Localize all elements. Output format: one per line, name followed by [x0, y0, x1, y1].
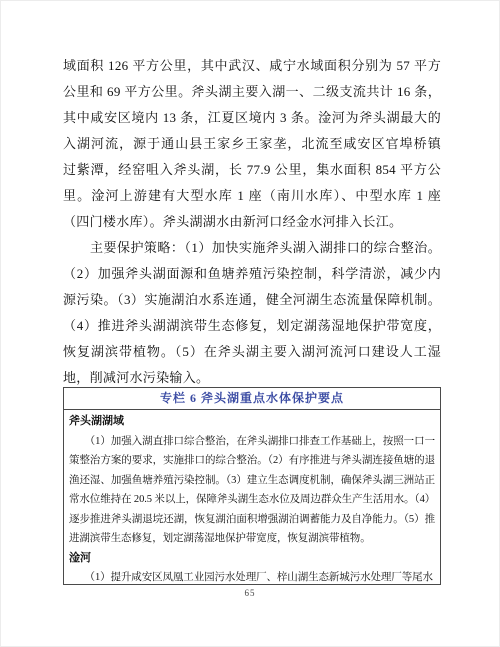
- text-line: （4）推进斧头湖湖滨带生态修复，划定湖荡湿地保护带宽度，: [63, 313, 441, 339]
- text-line: 入湖河流，源于通山县王家乡王家垄，北流至咸安区官埠桥镇: [63, 131, 441, 157]
- paragraph-lake-area: 域面积 126 平方公里，其中武汉、咸宁水域面积分别为 57 平方公里和 69 …: [63, 53, 441, 235]
- text-line: （四门楼水库）。斧头湖湖水由新河口经金水河排入长江。: [63, 209, 441, 235]
- text-line: 常水位维持在 20.5 米以上，保障斧头湖生态水位及周边群众生产生活用水。（4）: [69, 490, 435, 510]
- text-line: 过紫潭，经窑咀入斧头湖，长 77.9 公里，集水面积 854 平方公: [63, 157, 441, 183]
- text-line: 公里和 69 平方公里。斧头湖主要入湖一、二级支流共计 16 条，: [63, 79, 441, 105]
- text-line: 里。淦河上游建有大型水库 1 座（南川水库）、中型水库 1 座: [63, 183, 441, 209]
- box-section-heading-ganhe-river: 淦河: [69, 549, 435, 569]
- box-section-body-futou-lake: （1）加强入湖直排口综合整治，在斧头湖排口排查工作基础上，按照一口一策整治方案的…: [69, 432, 435, 549]
- paragraph-protection-strategies: 主要保护策略：（1）加快实施斧头湖入湖排口的综合整治。（2）加强斧头湖面源和鱼塘…: [63, 235, 441, 391]
- callout-box-column6: 专栏 6 斧头湖重点水体保护要点 斧头湖湖域 （1）加强入湖直排口综合整治，在斧…: [63, 387, 441, 585]
- callout-box-body: 斧头湖湖域 （1）加强入湖直排口综合整治，在斧头湖排口排查工作基础上，按照一口一…: [64, 410, 440, 585]
- text-line: （2）加强斧头湖面源和鱼塘养殖污染控制，科学清淤，减少内: [63, 261, 441, 287]
- text-line: 主要保护策略：（1）加快实施斧头湖入湖排口的综合整治。: [63, 235, 441, 261]
- text-line: 域面积 126 平方公里，其中武汉、咸宁水域面积分别为 57 平方: [63, 53, 441, 79]
- text-line: （1）加强入湖直排口综合整治，在斧头湖排口排查工作基础上，按照一口一: [69, 432, 435, 452]
- text-line: 其中咸安区境内 13 条，江夏区境内 3 条。淦河为斧头湖最大的: [63, 105, 441, 131]
- body-text: 域面积 126 平方公里，其中武汉、咸宁水域面积分别为 57 平方公里和 69 …: [63, 53, 441, 391]
- box-section-body-ganhe-river: （1）提升咸安区凤凰工业园污水处理厂、梓山湖生态新城污水处理厂等尾水: [69, 568, 435, 585]
- callout-box-title: 专栏 6 斧头湖重点水体保护要点: [64, 388, 440, 410]
- text-line: 进湖滨带生态修复，划定湖荡湿地保护带宽度，恢复湖滨带植物。: [69, 529, 435, 549]
- text-line: （1）提升咸安区凤凰工业园污水处理厂、梓山湖生态新城污水处理厂等尾水: [69, 568, 435, 585]
- text-line: 逐步推进斧头湖退垸还湖，恢复湖泊面积增强湖泊调蓄能力及自净能力。（5）推: [69, 510, 435, 530]
- text-line: 恢复湖滨带植物。（5）在斧头湖主要入湖河流河口建设人工湿: [63, 339, 441, 365]
- document-page: 域面积 126 平方公里，其中武汉、咸宁水域面积分别为 57 平方公里和 69 …: [0, 0, 500, 647]
- text-line: 策整治方案的要求，实施排口的综合整治。（2）有序推进与斧头湖连接鱼塘的退: [69, 451, 435, 471]
- box-section-heading-futou-lake: 斧头湖湖域: [69, 412, 435, 432]
- text-line: 渔还湿、加强鱼塘养殖污染控制。（3）建立生态调度机制，确保斧头湖三洲站正: [69, 471, 435, 491]
- text-line: 源污染。（3）实施湖泊水系连通，健全河湖生态流量保障机制。: [63, 287, 441, 313]
- page-number: 65: [1, 588, 499, 598]
